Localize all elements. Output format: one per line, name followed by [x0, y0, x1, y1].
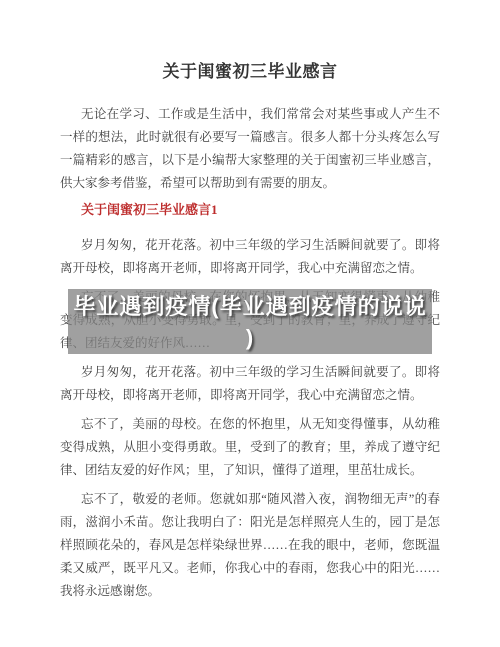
section-heading: 关于闺蜜初三毕业感言1: [60, 201, 440, 219]
body-paragraph-1: 岁月匆匆，花开花落。初中三年级的学习生活瞬间就要了。即将离开母校，即将离开老师，…: [60, 234, 440, 280]
watermark-banner: 毕业遇到疫情(毕业遇到疫情的说说 ): [68, 289, 432, 354]
document-page: { "doc": { "title": "关于闺蜜初三毕业感言", "intro…: [0, 0, 500, 647]
body-paragraph-4: 忘不了，美丽的母校。在您的怀抱里，从无知变得懂事，从幼稚变得成熟，从胆小变得勇敢…: [60, 413, 440, 482]
watermark-title-line-2: ): [246, 322, 254, 353]
body-paragraph-3: 岁月匆匆，花开花落。初中三年级的学习生活瞬间就要了。即将离开母校，即将离开老师，…: [60, 361, 440, 407]
page-title: 关于闺蜜初三毕业感言: [60, 62, 440, 82]
watermark-title-line-1: 毕业遇到疫情(毕业遇到疫情的说说: [73, 291, 426, 322]
body-paragraph-5: 忘不了，敬爱的老师。您就如那“随风潜入夜，润物细无声”的春雨，滋润小禾苗。您让我…: [60, 488, 440, 603]
intro-paragraph: 无论在学习、工作或是生活中，我们常常会对某些事或人产生不一样的想法，此时就很有必…: [60, 103, 440, 195]
